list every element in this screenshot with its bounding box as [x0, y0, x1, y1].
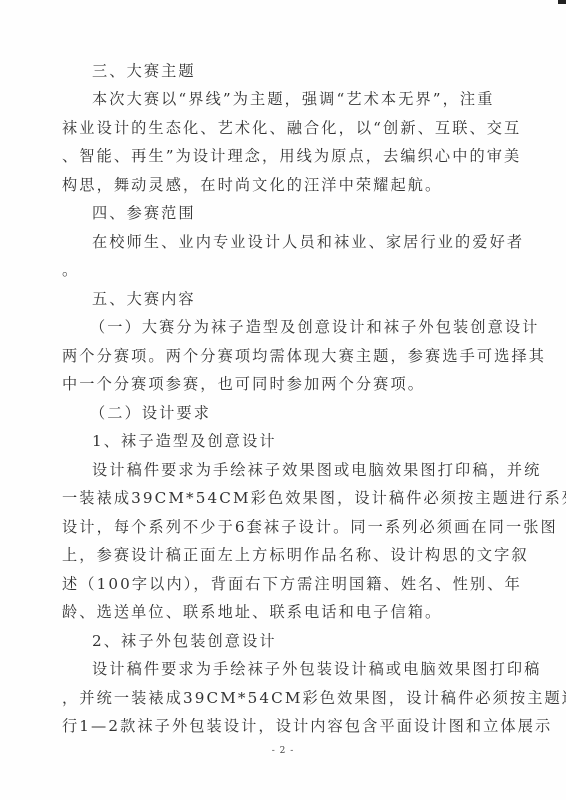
paragraph-line: 。: [62, 260, 492, 280]
paragraph-line: 、智能、再生”为设计理念，用线为原点，去编织心中的审美: [62, 146, 492, 166]
subsection-heading: （二）设计要求: [90, 403, 520, 423]
paragraph-line: 在校师生、业内专业设计人员和袜业、家居行业的爱好者: [92, 232, 492, 252]
paragraph-line: 设计稿件要求为手绘袜子效果图或电脑效果图打印稿，并统: [92, 460, 492, 480]
paragraph-line: 一装裱成39CM*54CM彩色效果图，设计稿件必须按主题进行系列化: [62, 488, 492, 508]
paragraph-line: ，并统一装裱成39CM*54CM彩色效果图，设计稿件必须按主题进: [62, 688, 492, 708]
paragraph-line: 中一个分赛项参赛，也可同时参加两个分赛项。: [62, 374, 492, 394]
page-number: - 2 -: [0, 746, 566, 756]
paragraph-line: 龄、选送单位、联系地址、联系电话和电子信箱。: [62, 602, 492, 622]
paragraph-line: 述（100字以内），背面右下方需注明国籍、姓名、性别、年: [62, 574, 492, 594]
paragraph-line: 设计稿件要求为手绘袜子外包装设计稿或电脑效果图打印稿: [92, 659, 492, 679]
document-page: 三、大赛主题 本次大赛以“界线”为主题，强调“艺术本无界”，注重 袜业设计的生态…: [0, 0, 566, 800]
item-heading-1: 1、袜子造型及创意设计: [92, 431, 492, 451]
paragraph-line: 构思，舞动灵感，在时尚文化的汪洋中荣耀起航。: [62, 175, 492, 195]
paragraph-line: 行1—2款袜子外包装设计，设计内容包含平面设计图和立体展示: [62, 716, 492, 736]
paragraph-line: 设计，每个系列不少于6套袜子设计。同一系列必须画在同一张图: [62, 517, 492, 537]
section-heading-5: 五、大赛内容: [92, 289, 492, 309]
paragraph-line: 两个分赛项。两个分赛项均需体现大赛主题，参赛选手可选择其: [62, 346, 492, 366]
subsection-paragraph: （一）大赛分为袜子造型及创意设计和袜子外包装创意设计: [90, 317, 520, 337]
scan-corner-mark: [558, 0, 566, 4]
paragraph-line: 本次大赛以“界线”为主题，强调“艺术本无界”，注重: [92, 89, 492, 109]
section-heading-4: 四、参赛范围: [92, 203, 492, 223]
section-heading-3: 三、大赛主题: [92, 61, 492, 81]
paragraph-line: 上，参赛设计稿正面左上方标明作品名称、设计构思的文字叙: [62, 545, 492, 565]
item-heading-2: 2、袜子外包装创意设计: [92, 631, 492, 651]
paragraph-line: 袜业设计的生态化、艺术化、融合化，以“创新、互联、交互: [62, 118, 492, 138]
